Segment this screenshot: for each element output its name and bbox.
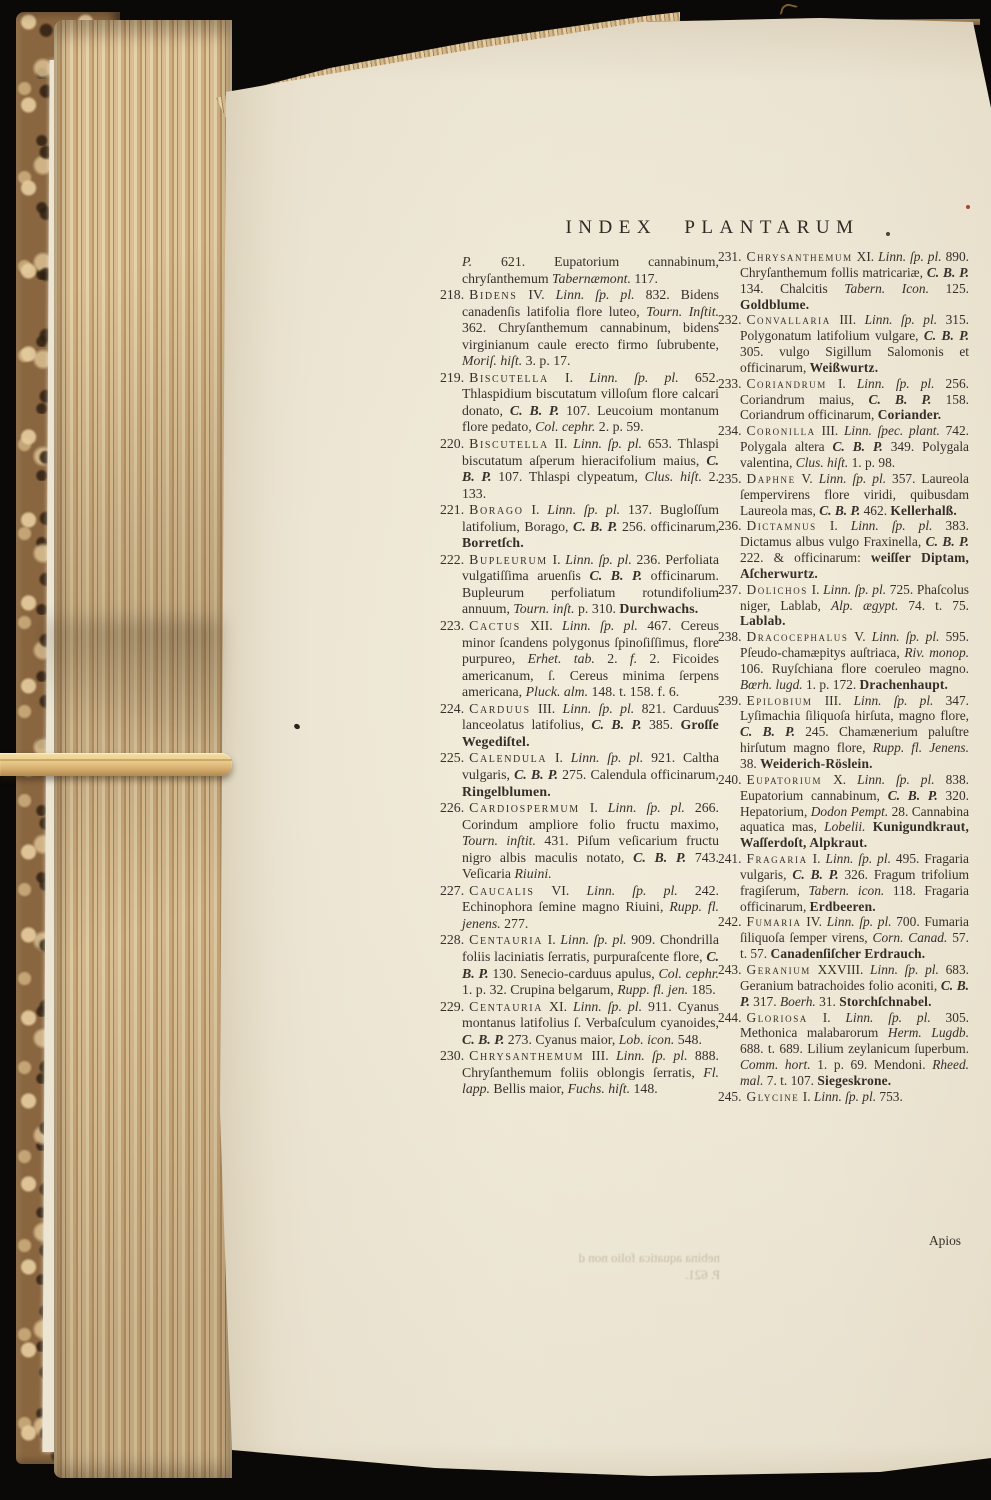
index-entry: 220.Biscutella II. Linn. ſp. pl. 653. Th…	[440, 436, 719, 502]
page-title: INDEX PLANTARUM	[540, 217, 885, 239]
index-entry: 226.Cardiospermum I. Linn. ſp. pl. 266. …	[440, 800, 719, 883]
entry-number: 226.	[440, 800, 464, 815]
index-entry: 230.Chrysanthemum III. Linn. ſp. pl. 888…	[440, 1048, 719, 1098]
entry-number: 228.	[440, 932, 464, 947]
index-entry: 232.Convallaria III. Linn. ſp. pl. 315. …	[718, 312, 969, 375]
entry-number: 242.	[718, 914, 741, 929]
entry-number: 218.	[440, 287, 464, 302]
index-entry: 245.Glycine I. Linn. ſp. pl. 753.	[718, 1089, 969, 1105]
index-entry: 219.Biscutella I. Linn. ſp. pl. 652. Thl…	[440, 370, 719, 436]
entry-number: 232.	[718, 312, 741, 327]
dust-speck	[886, 232, 890, 236]
entry-number: 244.	[718, 1010, 741, 1025]
index-column-left: P. 621. Eupatorium cannabinum, chryſanth…	[440, 254, 719, 1098]
index-entry: 223.Cactus XII. Linn. ſp. pl. 467. Cereu…	[440, 618, 719, 701]
entry-number: 245.	[718, 1089, 741, 1104]
index-entry: 233.Coriandrum I. Linn. ſp. pl. 256. Cor…	[718, 376, 969, 424]
entry-number: 219.	[440, 370, 464, 385]
index-entry: 231.Chrysanthemum XI. Linn. ſp. pl. 890.…	[718, 249, 969, 312]
entry-number: 239.	[718, 693, 741, 708]
index-entry: 243.Geranium XXVIII. Linn. ſp. pl. 683. …	[718, 962, 969, 1010]
book-photo-backdrop: INDEX PLANTARUM nebina aquatica folio no…	[0, 0, 991, 1500]
index-entry: 224.Carduus III. Linn. ſp. pl. 821. Card…	[440, 701, 719, 751]
entry-number: 227.	[440, 883, 464, 898]
index-entry: 222.Bupleurum I. Linn. ſp. pl. 236. Perf…	[440, 552, 719, 618]
entry-number: 229.	[440, 999, 464, 1014]
catchword: Apios	[718, 1233, 961, 1249]
index-entry: 225.Calendula I. Linn. ſp. pl. 921. Calt…	[440, 750, 719, 800]
index-entry: 236.Dictamnus I. Linn. ſp. pl. 383. Dict…	[718, 518, 969, 581]
entry-number: 233.	[718, 376, 741, 391]
index-entry: 242.Fumaria IV. Linn. ſp. pl. 700. Fumar…	[718, 914, 969, 962]
entry-number: 231.	[718, 249, 741, 264]
index-entry: 221.Borago I. Linn. ſp. pl. 137. Bugloſſ…	[440, 502, 719, 552]
entry-number: 221.	[440, 502, 464, 517]
entry-number: 243.	[718, 962, 741, 977]
index-entry: 238.Dracocephalus V. Linn. ſp. pl. 595. …	[718, 629, 969, 692]
index-entry: 237.Dolichos I. Linn. ſp. pl. 725. Phaſc…	[718, 582, 969, 630]
entry-number: 224.	[440, 701, 464, 716]
index-entry: 239.Epilobium III. Linn. ſp. pl. 347. Ly…	[718, 693, 969, 772]
entry-number: 225.	[440, 750, 464, 765]
entry-number: 222.	[440, 552, 464, 567]
entry-number: 234.	[718, 423, 741, 438]
entry-number: 223.	[440, 618, 464, 633]
index-entry: 241.Fragaria I. Linn. ſp. pl. 495. Fraga…	[718, 851, 969, 914]
index-entry: 227.Caucalis VI. Linn. ſp. pl. 242. Echi…	[440, 883, 719, 933]
index-entry: P. 621. Eupatorium cannabinum, chryſanth…	[440, 254, 719, 287]
index-entry: 229.Centauria XI. Linn. ſp. pl. 911. Cya…	[440, 999, 719, 1049]
index-entry: 218.Bidens IV. Linn. ſp. pl. 832. Bidens…	[440, 287, 719, 370]
index-entry: 228.Centauria I. Linn. ſp. pl. 909. Chon…	[440, 932, 719, 998]
red-speck	[966, 205, 970, 209]
entry-number: 238.	[718, 629, 741, 644]
showthrough-ghost-text: nebina aquatica folio non d P. 621.	[448, 1249, 720, 1283]
index-column-right: 231.Chrysanthemum XI. Linn. ſp. pl. 890.…	[718, 249, 969, 1105]
entry-number: 241.	[718, 851, 741, 866]
entry-number: 220.	[440, 436, 464, 451]
entry-number: 236.	[718, 518, 741, 533]
index-entry: 235.Daphne V. Linn. ſp. pl. 357. Laureol…	[718, 471, 969, 519]
index-entry: 234.Coronilla III. Linn. ſpec. plant. 74…	[718, 423, 969, 471]
index-entry: 240.Eupatorium X. Linn. ſp. pl. 838. Eup…	[718, 772, 969, 851]
entry-number: 235.	[718, 471, 741, 486]
entry-number: 230.	[440, 1048, 464, 1063]
entry-number: 237.	[718, 582, 741, 597]
index-entry: 244.Gloriosa I. Linn. ſp. pl. 305. Metho…	[718, 1010, 969, 1089]
printed-text-layer: INDEX PLANTARUM nebina aquatica folio no…	[0, 0, 991, 1500]
entry-number: 240.	[718, 772, 741, 787]
